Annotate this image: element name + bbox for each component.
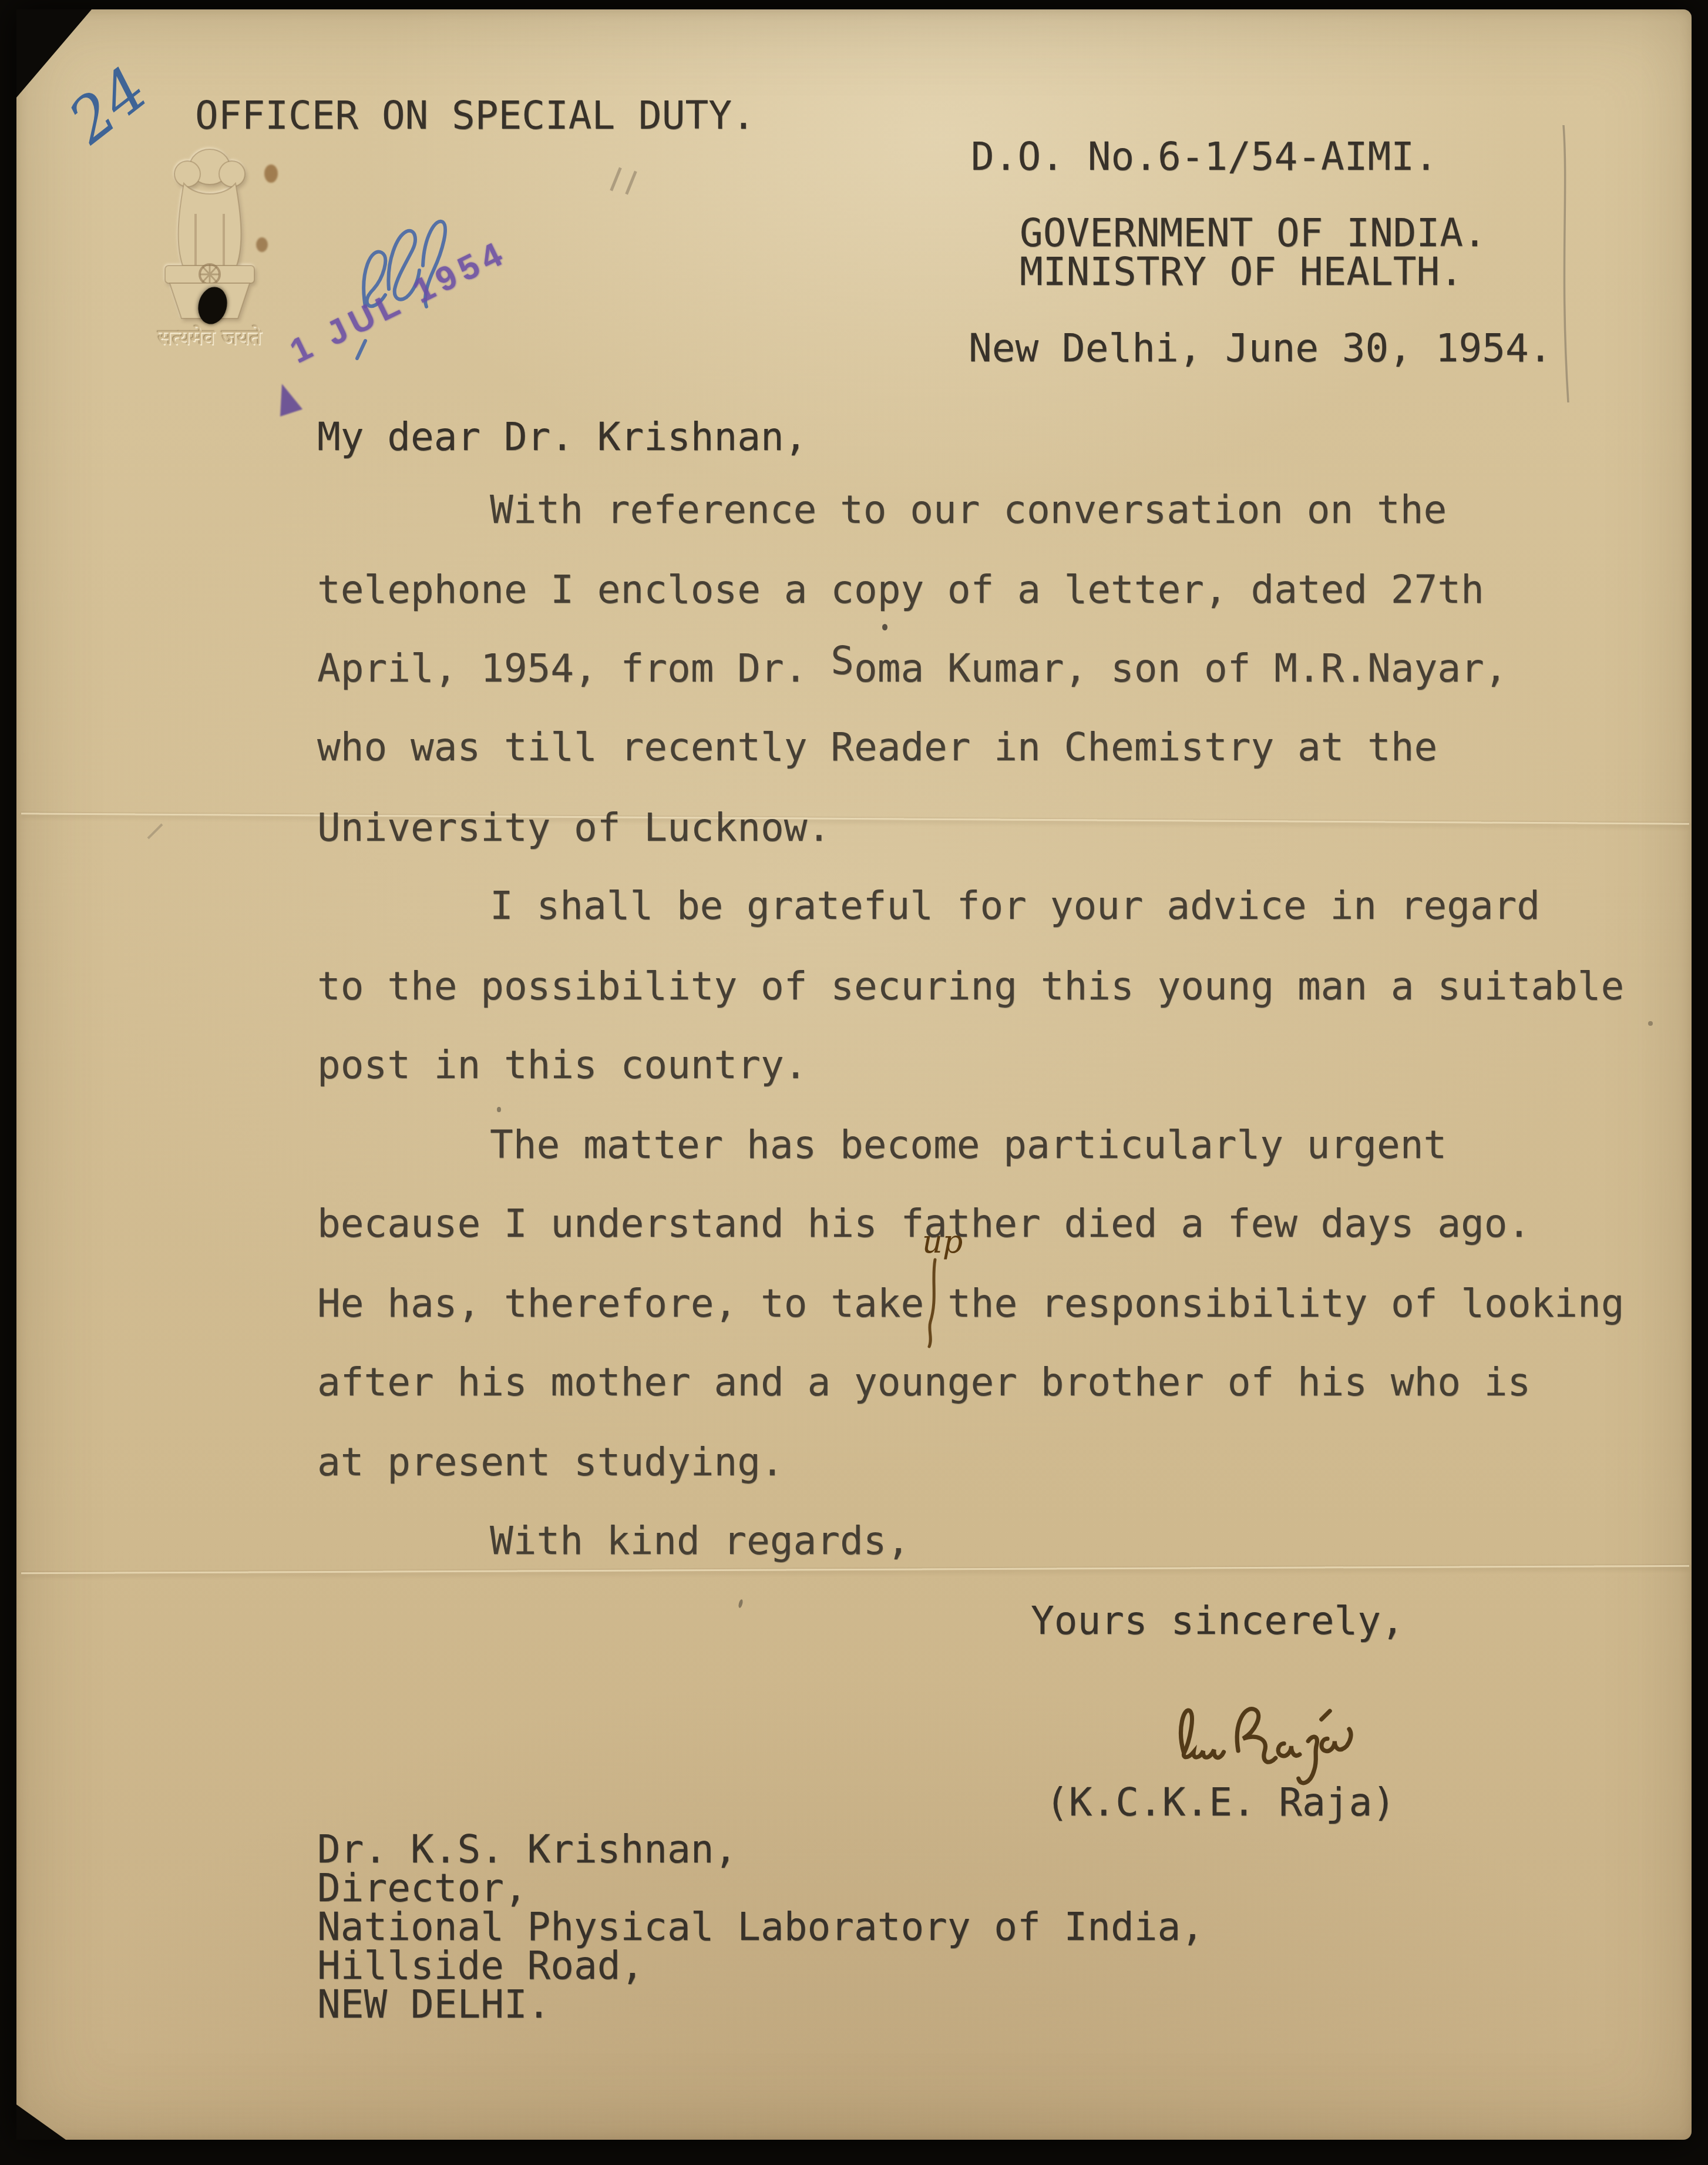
body-line: post in this country. (317, 1045, 807, 1086)
recipient-street: Hillside Road, (317, 1945, 644, 1986)
body-line: With kind regards, (490, 1520, 910, 1562)
handwritten-insertion: up (909, 1223, 991, 1358)
body-line: I shall be grateful for your advice in r… (490, 885, 1540, 927)
recipient-organization: National Physical Laboratory of India, (317, 1906, 1204, 1948)
body-line: at present studying. (317, 1442, 784, 1483)
recipient-city: NEW DELHI. (317, 1984, 550, 2025)
ministry-line: MINISTRY OF HEALTH. (1020, 251, 1463, 293)
office-title: OFFICER ON SPECIAL DUTY. (195, 95, 755, 136)
valediction: Yours sincerely, (1031, 1600, 1404, 1642)
body-line: With reference to our conversation on th… (490, 489, 1447, 531)
recipient-name: Dr. K.S. Krishnan, (317, 1829, 737, 1870)
body-line: University of Lucknow. (317, 807, 831, 848)
signature-scrawl (1166, 1667, 1395, 1791)
body-line-part: the responsibility of looking (947, 1281, 1624, 1326)
stain-spot (256, 237, 268, 252)
body-line: telephone I enclose a copy of a letter, … (317, 569, 1484, 610)
dateline: New Delhi, June 30, 1954. (969, 328, 1552, 369)
signature-name: (K.C.K.E. Raja) (1045, 1782, 1396, 1823)
body-line-part: April, 1954, from Dr. (317, 646, 831, 691)
reference-number: D.O. No.6-1/54-AIMI. (971, 136, 1438, 177)
body-line: to the possibility of securing this youn… (317, 966, 1624, 1007)
raised-character: S (831, 638, 854, 683)
body-line-part: oma Kumar, son of M.R.Nayar, (854, 646, 1508, 691)
government-line: GOVERNMENT OF INDIA. (1020, 213, 1487, 254)
recipient-title: Director, (317, 1868, 527, 1909)
salutation: My dear Dr. Krishnan, (317, 417, 807, 458)
body-line: after his mother and a younger brother o… (317, 1362, 1531, 1403)
scan-corner-shadow-bottom (16, 2104, 66, 2140)
letter-scan: सत्यमेव जयते 24 1 JUL 1954 OFFICER ON SP… (0, 0, 1708, 2165)
ink-speck (882, 624, 887, 630)
body-line: April, 1954, from Dr. Soma Kumar, son of… (317, 648, 1508, 689)
pencil-vertical-line (1548, 120, 1589, 417)
seal-motto: सत्यमेव जयते (125, 322, 295, 351)
ink-speck (1648, 1021, 1653, 1026)
body-line: who was till recently Reader in Chemistr… (317, 727, 1437, 768)
stain-spot (264, 165, 278, 183)
body-line-part: He has, therefore, to take (317, 1281, 924, 1326)
body-line: The matter has become particularly urgen… (490, 1125, 1447, 1166)
ink-speck (497, 1107, 501, 1112)
